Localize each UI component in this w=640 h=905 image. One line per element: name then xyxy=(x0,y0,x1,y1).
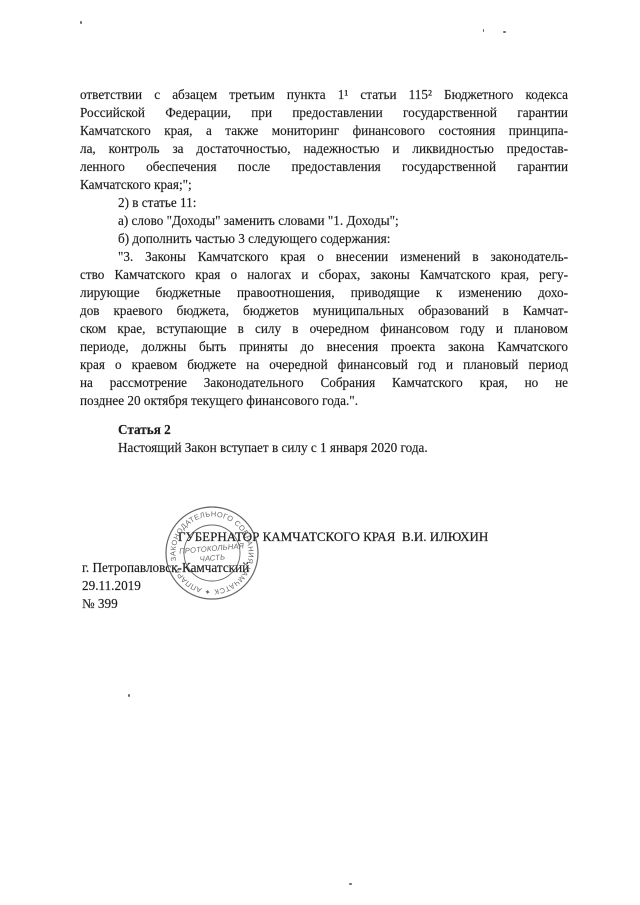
document-page: ответствии с абзацем третьим пункта 1¹ с… xyxy=(0,0,640,905)
text-line: ленного обеспечения после предоставления… xyxy=(80,158,568,176)
scan-speck xyxy=(128,694,130,697)
text-line: периоде, должны быть приняты до внесения… xyxy=(80,338,568,356)
article-2-text: Настоящий Закон вступает в силу с 1 янва… xyxy=(80,439,568,457)
text-line: края о краевом бюджете на очередной фина… xyxy=(80,356,568,374)
article-2-heading: Статья 2 xyxy=(80,421,568,439)
text-line: а) слово "Доходы" заменить словами "1. Д… xyxy=(80,212,568,230)
stamp-center-text: ПРОТОКОЛЬНАЯ ЧАСТЬ xyxy=(179,541,246,565)
body-text: ответствии с абзацем третьим пункта 1¹ с… xyxy=(80,86,568,410)
text-line: ответствии с абзацем третьим пункта 1¹ с… xyxy=(80,86,568,104)
text-line: б) дополнить частью 3 следующего содержа… xyxy=(80,230,568,248)
scan-speck xyxy=(349,883,352,885)
official-stamp: ✦ АППАРАТ ЗАКОНОДАТЕЛЬНОГО СОБРАНИЯ КАМЧ… xyxy=(164,505,260,601)
text-line: Камчатского края;"; xyxy=(80,176,568,194)
svg-text:ЧАСТЬ: ЧАСТЬ xyxy=(199,552,225,563)
text-line: ском крае, вступающие в силу в очередном… xyxy=(80,320,568,338)
article-2: Статья 2 Настоящий Закон вступает в силу… xyxy=(80,421,568,457)
text-line: позднее 20 октября текущего финансового … xyxy=(80,392,568,410)
scan-speck xyxy=(80,21,82,24)
text-line: ство Камчатского края о налогах и сборах… xyxy=(80,266,568,284)
text-line: лирующие бюджетные правоотношения, приво… xyxy=(80,284,568,302)
text-line: Камчатского края, а также мониторинг фин… xyxy=(80,122,568,140)
text-line: 2) в статье 11: xyxy=(80,194,568,212)
text-line: Российской Федерации, при предоставлении… xyxy=(80,104,568,122)
scan-speck xyxy=(483,29,484,32)
text-line: ла, контроль за достаточностью, надежнос… xyxy=(80,140,568,158)
text-line: на рассмотрение Законодательного Собрани… xyxy=(80,374,568,392)
text-line: "3. Законы Камчатского края о внесении и… xyxy=(80,248,568,266)
scan-speck xyxy=(503,31,506,33)
text-line: дов краевого бюджета, бюджетов муниципал… xyxy=(80,302,568,320)
